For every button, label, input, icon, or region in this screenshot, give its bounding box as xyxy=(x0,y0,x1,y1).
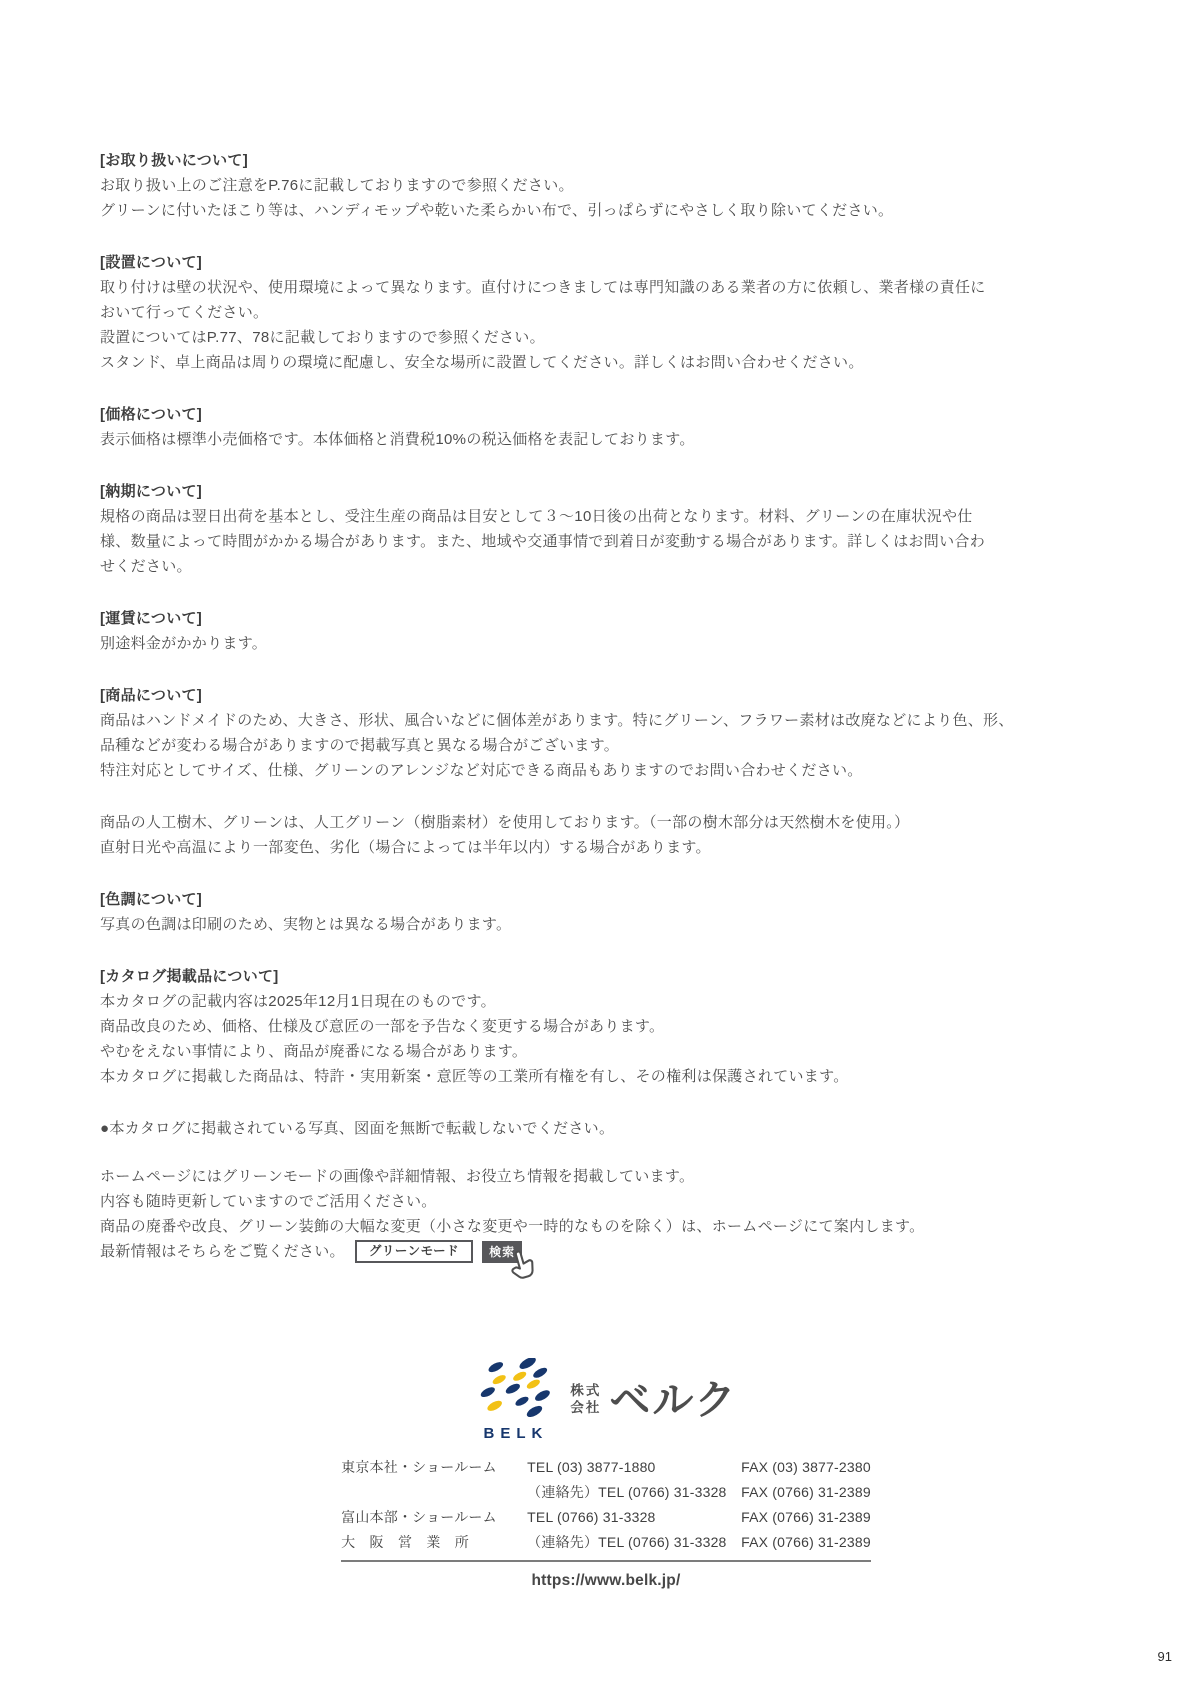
contact-fax: FAX (03) 3877-2380 xyxy=(741,1455,871,1480)
page-content: [お取り扱いについて] お取り扱い上のご注意をP.76に記載しておりますので参照… xyxy=(0,0,1200,1590)
contact-fax: FAX (0766) 31-2389 xyxy=(741,1530,871,1555)
page-number: 91 xyxy=(1158,1649,1172,1664)
section-title: [カタログ掲載品について] xyxy=(100,964,1112,989)
section-title: [商品について] xyxy=(100,683,1112,708)
homepage-text-line: 商品の廃番や改良、グリーン装飾の大幅な変更（小さな変更や一時的なものを除く）は、… xyxy=(100,1214,1112,1239)
section-title: [運賃について] xyxy=(100,606,1112,631)
notes-section: [運賃について] 別途料金がかかります。 xyxy=(100,606,1112,656)
text-line: 様、数量によって時間がかかる場合があります。また、地域や交通事情で到着日が変動す… xyxy=(100,529,1112,554)
search-keyword-box[interactable]: グリーンモード xyxy=(355,1240,473,1263)
paragraph: 本カタログの記載内容は2025年12月1日現在のものです。商品改良のため、価格、… xyxy=(100,989,1112,1089)
belk-leaves-logo-icon xyxy=(474,1358,554,1424)
text-line: スタンド、卓上商品は周りの環境に配慮し、安全な場所に設置してください。詳しくはお… xyxy=(100,350,1112,375)
contact-tel: TEL (0766) 31-3328 xyxy=(527,1505,727,1530)
contact-fax: FAX (0766) 31-2389 xyxy=(741,1480,871,1505)
contact-label: 富山本部・ショールーム xyxy=(341,1505,513,1530)
homepage-text-line: 内容も随時更新していますのでご活用ください。 xyxy=(100,1189,1112,1214)
section-title: [納期について] xyxy=(100,479,1112,504)
text-line: せください。 xyxy=(100,554,1112,579)
belk-wordmark: BELK xyxy=(480,1425,548,1442)
text-line: お取り扱い上のご注意をP.76に記載しておりますので参照ください。 xyxy=(100,173,1112,198)
paragraph: 表示価格は標準小売価格です。本体価格と消費税10%の税込価格を表記しております。 xyxy=(100,427,1112,452)
homepage-search-row: 最新情報はそちらをご覧ください。 グリーンモード 検索 xyxy=(100,1239,1112,1264)
contact-tel: （連絡先）TEL (0766) 31-3328 xyxy=(527,1530,727,1555)
text-line: 本カタログに掲載した商品は、特許・実用新案・意匠等の工業所有権を有し、その権利は… xyxy=(100,1064,1112,1089)
text-line: 表示価格は標準小売価格です。本体価格と消費税10%の税込価格を表記しております。 xyxy=(100,427,1112,452)
contact-fax: FAX (0766) 31-2389 xyxy=(741,1505,871,1530)
notes-section: [カタログ掲載品について] 本カタログの記載内容は2025年12月1日現在のもの… xyxy=(100,964,1112,1089)
text-line: 特注対応としてサイズ、仕様、グリーンのアレンジなど対応できる商品もありますのでお… xyxy=(100,758,1112,783)
text-line: 商品改良のため、価格、仕様及び意匠の一部を予告なく変更する場合があります。 xyxy=(100,1014,1112,1039)
catalog-notes-page: [お取り扱いについて] お取り扱い上のご注意をP.76に記載しておりますので参照… xyxy=(0,0,1200,1697)
search-button-label: 検索 xyxy=(489,1243,515,1260)
copyright-notice: ●本カタログに掲載されている写真、図面を無断で転載しないでください。 xyxy=(100,1116,1112,1141)
paragraph: 規格の商品は翌日出荷を基本とし、受注生産の商品は目安として３～10日後の出荷とな… xyxy=(100,504,1112,579)
notes-section: [設置について] 取り付けは壁の状況や、使用環境によって異なります。直付けにつき… xyxy=(100,250,1112,375)
paragraph: 取り付けは壁の状況や、使用環境によって異なります。直付けにつきましては専門知識の… xyxy=(100,275,1112,375)
text-line: おいて行ってください。 xyxy=(100,300,1112,325)
text-line: 商品の人工樹木、グリーンは、人工グリーン（樹脂素材）を使用しております。（一部の… xyxy=(100,810,1112,835)
notes-sections: [お取り扱いについて] お取り扱い上のご注意をP.76に記載しておりますので参照… xyxy=(100,148,1112,1089)
company-prefix: 株式 会社 xyxy=(570,1383,601,1417)
text-line: やむをえない事情により、商品が廃番になる場合があります。 xyxy=(100,1039,1112,1064)
section-paragraphs: 規格の商品は翌日出荷を基本とし、受注生産の商品は目安として３～10日後の出荷とな… xyxy=(100,504,1112,579)
homepage-info-lines: ホームページにはグリーンモードの画像や詳細情報、お役立ち情報を掲載しています。内… xyxy=(100,1164,1112,1239)
section-title: [色調について] xyxy=(100,887,1112,912)
page-footer: BELK 株式 会社 ベルク 東京本社・ショールームTEL (03) 3877-… xyxy=(100,1358,1112,1590)
paragraph: 商品はハンドメイドのため、大きさ、形状、風合いなどに個体差があります。特にグリー… xyxy=(100,708,1112,783)
notes-section: [お取り扱いについて] お取り扱い上のご注意をP.76に記載しておりますので参照… xyxy=(100,148,1112,223)
contact-table: 東京本社・ショールームTEL (03) 3877-1880FAX (03) 38… xyxy=(341,1455,871,1555)
text-line: 取り付けは壁の状況や、使用環境によって異なります。直付けにつきましては専門知識の… xyxy=(100,275,1112,300)
paragraph: 写真の色調は印刷のため、実物とは異なる場合があります。 xyxy=(100,912,1112,937)
text-line: 規格の商品は翌日出荷を基本とし、受注生産の商品は目安として３～10日後の出荷とな… xyxy=(100,504,1112,529)
notes-section: [価格について] 表示価格は標準小売価格です。本体価格と消費税10%の税込価格を… xyxy=(100,402,1112,452)
company-logo: BELK 株式 会社 ベルク xyxy=(474,1358,737,1442)
homepage-text-line: ホームページにはグリーンモードの画像や詳細情報、お役立ち情報を掲載しています。 xyxy=(100,1164,1112,1189)
section-paragraphs: お取り扱い上のご注意をP.76に記載しておりますので参照ください。グリーンに付い… xyxy=(100,173,1112,223)
text-line: 直射日光や高温により一部変色、劣化（場合によっては半年以内）する場合があります。 xyxy=(100,835,1112,860)
footer-divider xyxy=(341,1560,871,1562)
contact-info: 東京本社・ショールームTEL (03) 3877-1880FAX (03) 38… xyxy=(341,1455,871,1590)
notes-section: [納期について] 規格の商品は翌日出荷を基本とし、受注生産の商品は目安として３～… xyxy=(100,479,1112,579)
notes-section: [商品について] 商品はハンドメイドのため、大きさ、形状、風合いなどに個体差があ… xyxy=(100,683,1112,860)
company-prefix-top: 株式 xyxy=(570,1383,601,1400)
text-line: 商品はハンドメイドのため、大きさ、形状、風合いなどに個体差があります。特にグリー… xyxy=(100,708,1112,733)
section-title: [設置について] xyxy=(100,250,1112,275)
contact-label: 東京本社・ショールーム xyxy=(341,1455,513,1480)
contact-label: 大 阪 営 業 所 xyxy=(341,1530,513,1555)
belk-logo-mark-block: BELK xyxy=(474,1358,554,1442)
company-name: ベルク xyxy=(609,1380,737,1421)
section-paragraphs: 写真の色調は印刷のため、実物とは異なる場合があります。 xyxy=(100,912,1112,937)
paragraph: お取り扱い上のご注意をP.76に記載しておりますので参照ください。グリーンに付い… xyxy=(100,173,1112,223)
text-line: 品種などが変わる場合がありますので掲載写真と異なる場合がございます。 xyxy=(100,733,1112,758)
website-url[interactable]: https://www.belk.jp/ xyxy=(341,1572,871,1590)
company-prefix-bottom: 会社 xyxy=(570,1400,601,1417)
section-paragraphs: 別途料金がかかります。 xyxy=(100,631,1112,656)
contact-tel: （連絡先）TEL (0766) 31-3328 xyxy=(527,1480,727,1505)
section-paragraphs: 取り付けは壁の状況や、使用環境によって異なります。直付けにつきましては専門知識の… xyxy=(100,275,1112,375)
homepage-last-line: 最新情報はそちらをご覧ください。 xyxy=(100,1239,345,1264)
contact-label xyxy=(341,1480,513,1505)
text-line: 別途料金がかかります。 xyxy=(100,631,1112,656)
homepage-info-block: ホームページにはグリーンモードの画像や詳細情報、お役立ち情報を掲載しています。内… xyxy=(100,1164,1112,1264)
section-paragraphs: 表示価格は標準小売価格です。本体価格と消費税10%の税込価格を表記しております。 xyxy=(100,427,1112,452)
text-line: 写真の色調は印刷のため、実物とは異なる場合があります。 xyxy=(100,912,1112,937)
text-line: 設置についてはP.77、78に記載しておりますので参照ください。 xyxy=(100,325,1112,350)
paragraph: 商品の人工樹木、グリーンは、人工グリーン（樹脂素材）を使用しております。（一部の… xyxy=(100,810,1112,860)
contact-tel: TEL (03) 3877-1880 xyxy=(527,1455,727,1480)
search-button[interactable]: 検索 xyxy=(482,1241,522,1263)
text-line: 本カタログの記載内容は2025年12月1日現在のものです。 xyxy=(100,989,1112,1014)
section-title: [お取り扱いについて] xyxy=(100,148,1112,173)
notes-section: [色調について] 写真の色調は印刷のため、実物とは異なる場合があります。 xyxy=(100,887,1112,937)
text-line: グリーンに付いたほこり等は、ハンディモップや乾いた柔らかい布で、引っぱらずにやさ… xyxy=(100,198,1112,223)
section-paragraphs: 商品はハンドメイドのため、大きさ、形状、風合いなどに個体差があります。特にグリー… xyxy=(100,708,1112,860)
section-paragraphs: 本カタログの記載内容は2025年12月1日現在のものです。商品改良のため、価格、… xyxy=(100,989,1112,1089)
paragraph: 別途料金がかかります。 xyxy=(100,631,1112,656)
section-title: [価格について] xyxy=(100,402,1112,427)
